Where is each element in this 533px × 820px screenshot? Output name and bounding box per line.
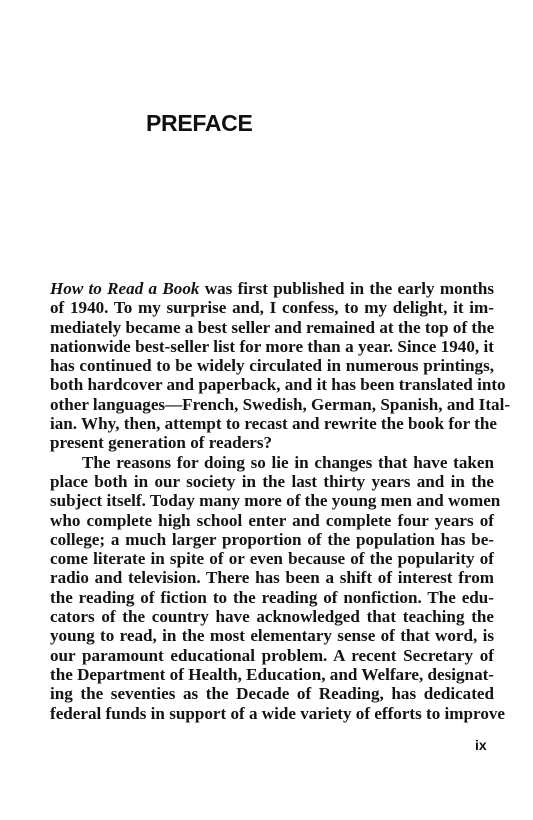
text-line: mediately became a best seller and remai… bbox=[50, 318, 494, 337]
text-line: place both in our society in the last th… bbox=[50, 472, 494, 491]
text-line: nationwide best-seller list for more tha… bbox=[50, 337, 494, 356]
text-line: our paramount educational problem. A rec… bbox=[50, 646, 494, 665]
text-line: The reasons for doing so lie in changes … bbox=[50, 453, 494, 472]
book-page: PREFACE How to Read a Book was first pub… bbox=[0, 0, 533, 820]
text-line: cators of the country have acknowledged … bbox=[50, 607, 494, 626]
text-line: college; a much larger proportion of the… bbox=[50, 530, 494, 549]
text-line: of 1940. To my surprise and, I confess, … bbox=[50, 298, 494, 317]
paragraph-1: How to Read a Book was first published i… bbox=[50, 279, 494, 453]
text-line: How to Read a Book was first published i… bbox=[50, 279, 494, 298]
chapter-title: PREFACE bbox=[146, 110, 253, 137]
text-line: other languages—French, Swedish, German,… bbox=[50, 395, 494, 414]
paragraph-2: The reasons for doing so lie in changes … bbox=[50, 453, 494, 723]
body-text: How to Read a Book was first published i… bbox=[50, 279, 494, 723]
text-line: present generation of readers? bbox=[50, 433, 494, 452]
text-line: ing the seventies as the Decade of Readi… bbox=[50, 684, 494, 703]
text-line: both hardcover and paperback, and it has… bbox=[50, 375, 494, 394]
text-line: the reading of fiction to the reading of… bbox=[50, 588, 494, 607]
text-line: subject itself. Today many more of the y… bbox=[50, 491, 494, 510]
text-line: young to read, in the most elementary se… bbox=[50, 626, 494, 645]
text-line: federal funds in support of a wide varie… bbox=[50, 704, 494, 723]
text-line: ian. Why, then, attempt to recast and re… bbox=[50, 414, 494, 433]
text-line: radio and television. There has been a s… bbox=[50, 568, 494, 587]
book-title-italic: How to Read a Book bbox=[50, 279, 199, 298]
text-line: the Department of Health, Education, and… bbox=[50, 665, 494, 684]
text-line: has continued to be widely circulated in… bbox=[50, 356, 494, 375]
page-number: ix bbox=[475, 737, 487, 753]
text-line: who complete high school enter and compl… bbox=[50, 511, 494, 530]
text-line: come literate in spite of or even becaus… bbox=[50, 549, 494, 568]
